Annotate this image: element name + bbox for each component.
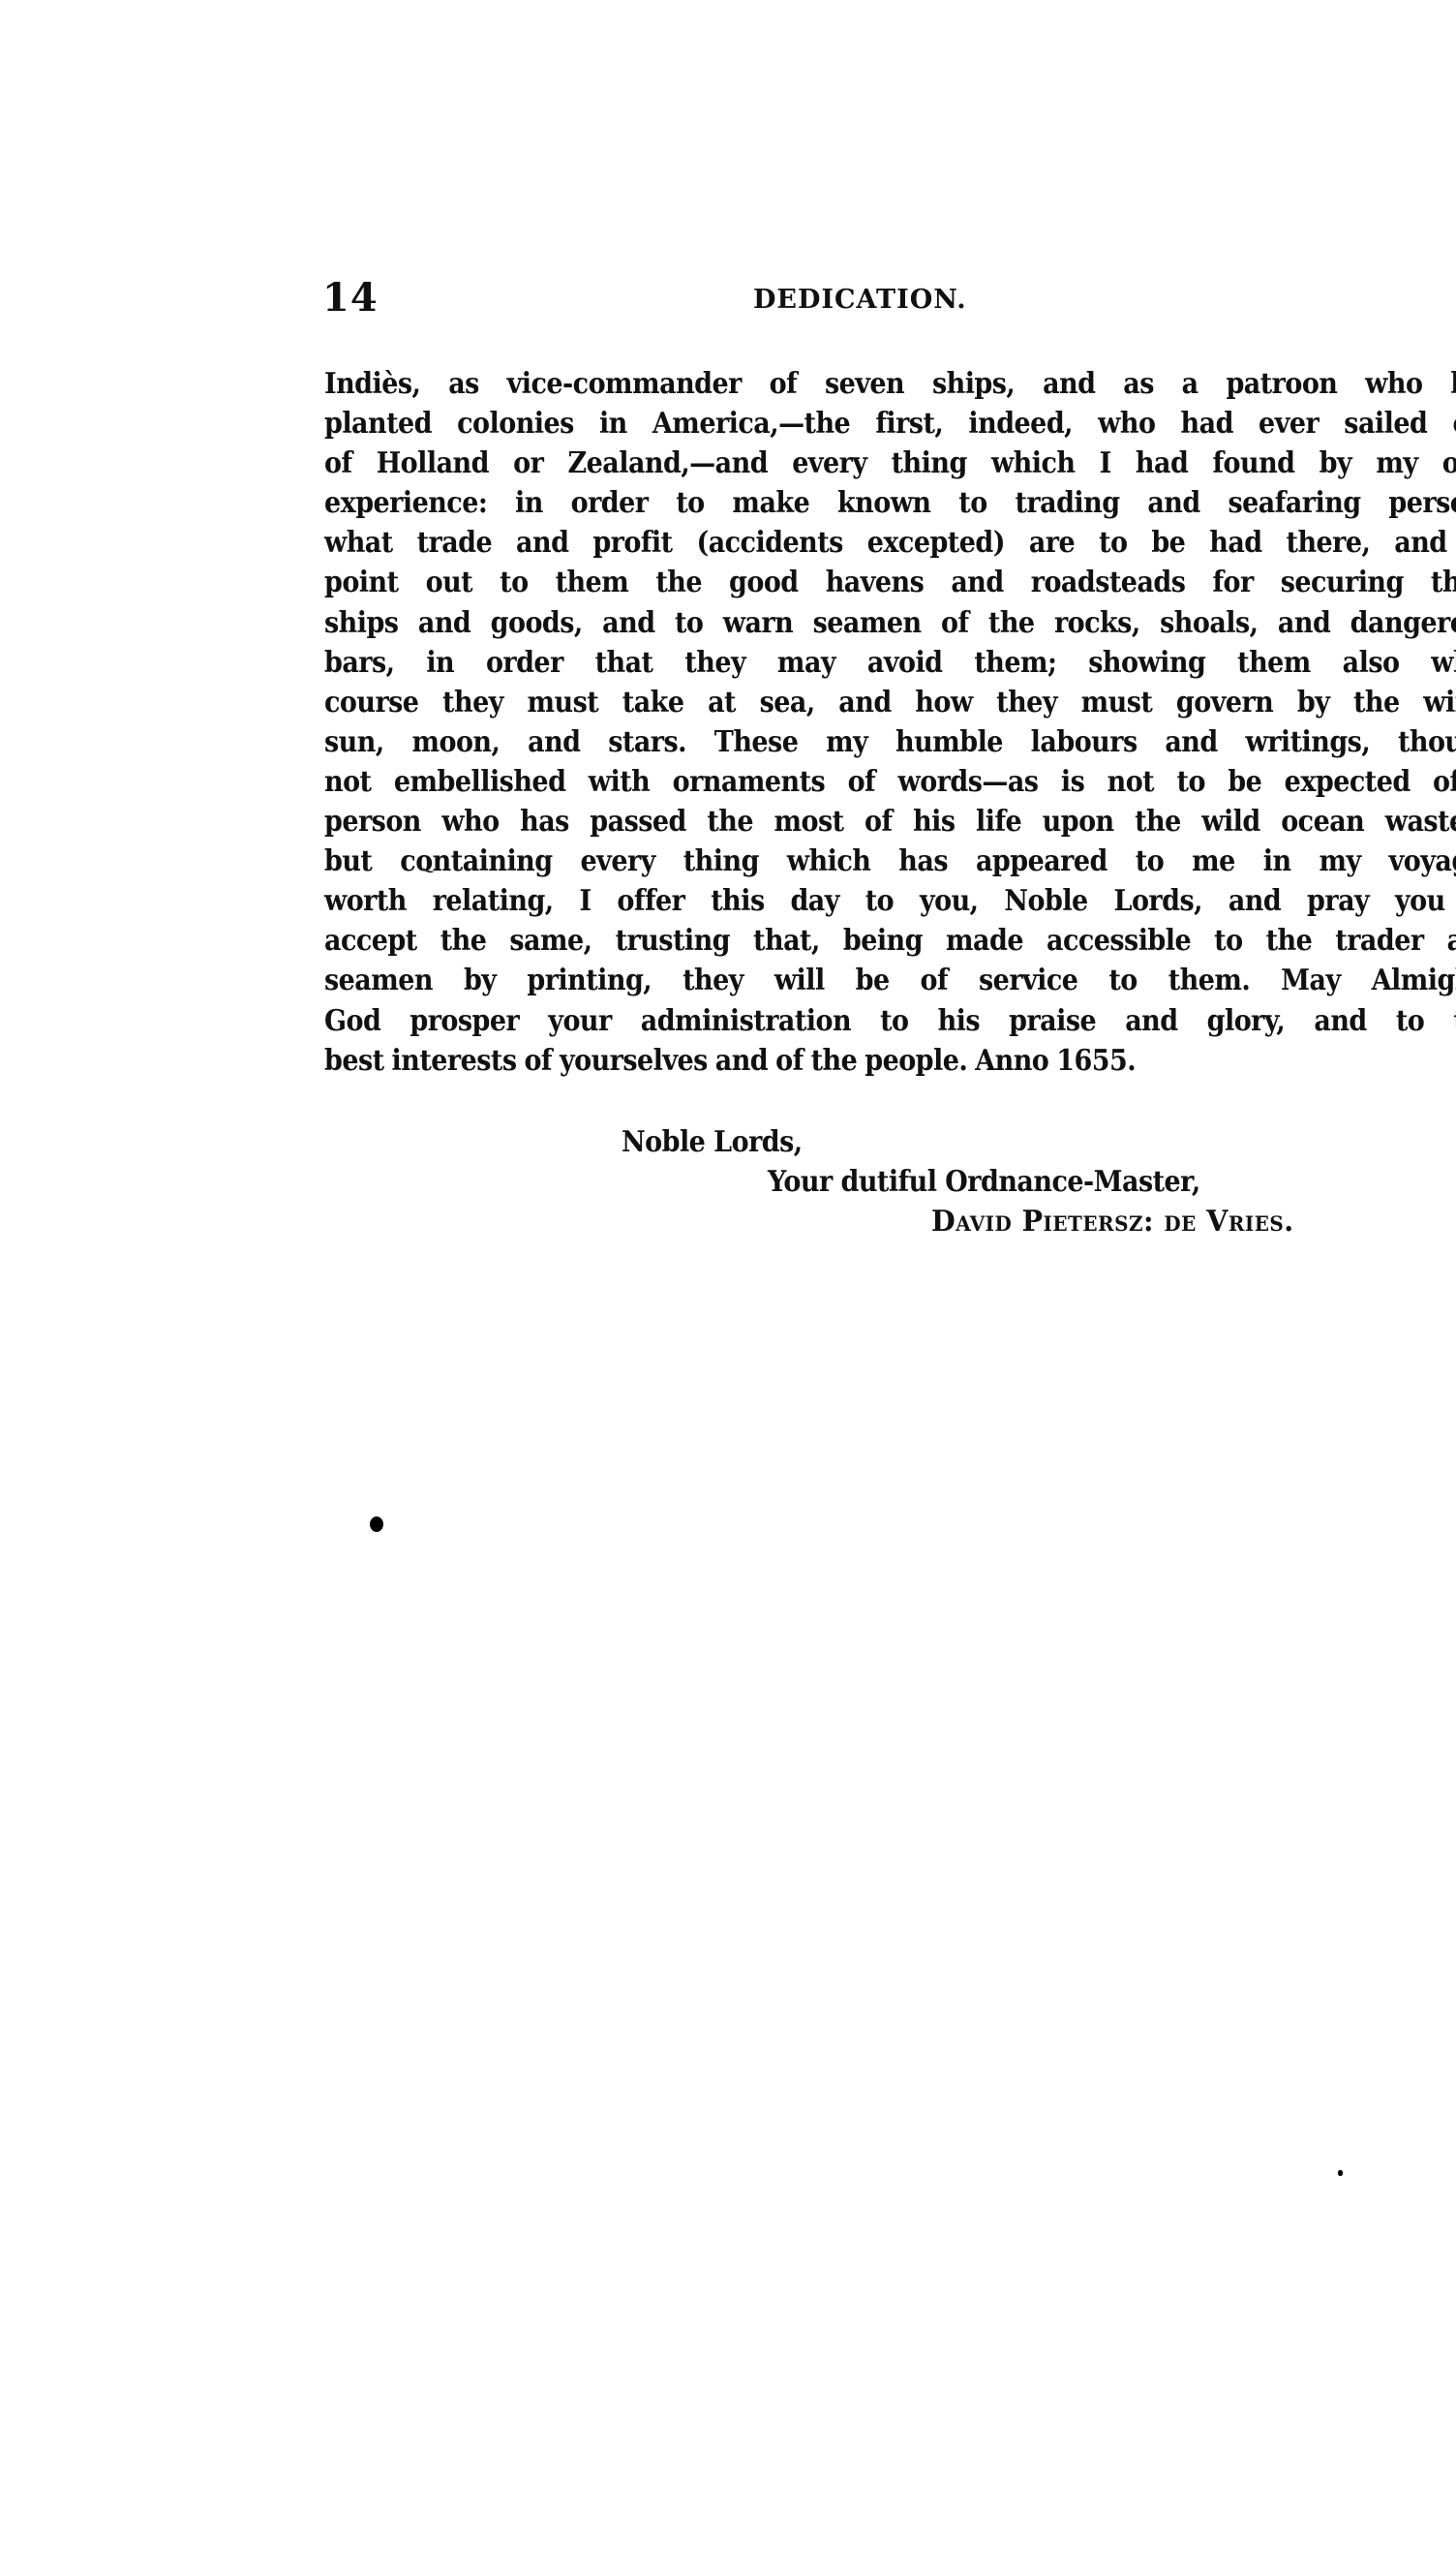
- text-line: what trade and profit (accidents excepte…: [324, 523, 1456, 563]
- salutation: Noble Lords,: [622, 1123, 803, 1162]
- book-page: 14 Dedication. Indiès, as vice-commander…: [0, 0, 1456, 2572]
- text-line: of Holland or Zealand,—and every thing w…: [324, 444, 1456, 483]
- running-title: Dedication.: [753, 283, 967, 318]
- text-line: point out to them the good havens and ro…: [324, 563, 1456, 602]
- text-line: worth relating, I offer this day to you,…: [324, 881, 1456, 921]
- text-line: not embellished with ornaments of words—…: [324, 762, 1456, 802]
- text-line-last: best interests of yourselves and of the …: [324, 1041, 1456, 1081]
- text-line: person who has passed the most of his li…: [324, 802, 1456, 842]
- text-line: God prosper your administration to his p…: [324, 1001, 1456, 1041]
- text-line: ships and goods, and to warn seamen of t…: [324, 603, 1456, 643]
- dedication-body: Indiès, as vice-commander of seven ships…: [324, 364, 1391, 1081]
- text-line: bars, in order that they may avoid them;…: [324, 643, 1456, 683]
- ink-blot: [370, 1516, 383, 1532]
- running-head: 14 Dedication.: [322, 277, 1391, 320]
- complimentary-close: Your dutiful Ordnance-Master,: [768, 1163, 1200, 1202]
- text-line: planted colonies in America,—the first, …: [324, 404, 1456, 444]
- text-line: course they must take at sea, and how th…: [324, 683, 1456, 722]
- signature: David Pietersz: de Vries.: [931, 1203, 1294, 1241]
- ink-speck: [1338, 2170, 1343, 2176]
- text-line: but containing every thing which has app…: [324, 842, 1456, 881]
- page-number: 14: [322, 277, 379, 320]
- text-line: sun, moon, and stars. These my humble la…: [324, 722, 1456, 762]
- text-line: Indiès, as vice-commander of seven ships…: [324, 364, 1456, 404]
- text-line: accept the same, trusting that, being ma…: [324, 921, 1456, 961]
- text-line: experience: in order to make known to tr…: [324, 483, 1456, 523]
- text-line: seamen by printing, they will be of serv…: [324, 961, 1456, 1000]
